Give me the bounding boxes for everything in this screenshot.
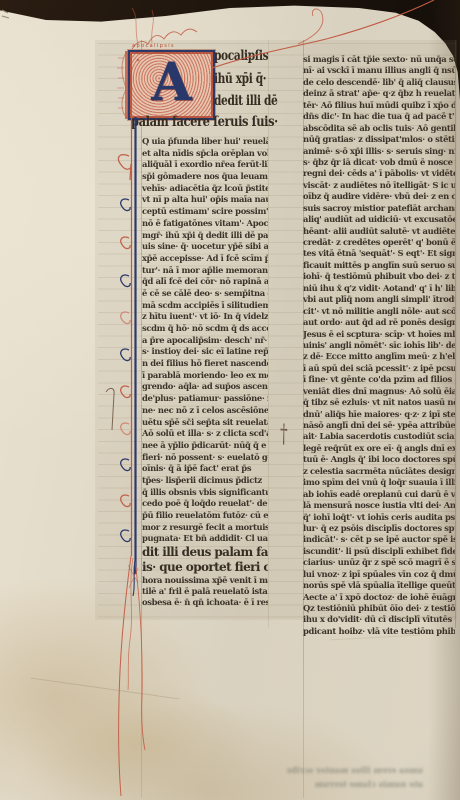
text-line: lur· q̄ ez psōis disciplīs doctores spūa…: [303, 523, 455, 534]
text-line: nee ā yp̄lio p̄dicarūt· nūq̄ q̄ e: [142, 440, 268, 452]
text-line: ne· nec nō z ī celos ascēsiōne· sc: [142, 405, 268, 417]
text-line: uinis' angli nōmēt'· sīc iohīs lib'· de …: [303, 340, 455, 351]
text-line: tuū ē· Angls q̄' ibi loco doctores spūal…: [303, 454, 455, 465]
incipit-line-4: palam facere ſeruis ſuis·: [131, 112, 278, 132]
text-line: ciarius· unūz q̄r z spē scō magrī ē spūa: [303, 557, 455, 568]
text-line: uis sine· q̄· uocetur yp̄ē sibi ad uos: [142, 241, 268, 253]
text-line: q̄' iohī loq̄t'· vt iohīs ceris audita p…: [303, 512, 455, 523]
text-line: niū ihu x̄ q'z vidit· Aotand' q' ī h' li…: [303, 283, 455, 294]
text-line: legē req̄rūt ex ore eī· q̄ angls dnī exc…: [303, 443, 455, 454]
text-line: q̄d alī fcē dei cōr· nō rapinā arbi: [142, 276, 268, 288]
text-line: oīnis· q̄ ā ip̄ē fact' erat p̄s: [142, 463, 268, 475]
text-line: aliq' audiūt ad uidiciū· vt excusatōem n…: [303, 214, 455, 225]
text-line: credāt· z credētes operēt' q' bonū ē· z …: [303, 237, 455, 248]
text-line: oībz q̄ audire vidēre· vbū dei· z en cli…: [303, 191, 455, 202]
text-line: pdicant hoibz· vlā vite testiōm phibēt·: [303, 626, 455, 637]
text-line: is· que oportet fieri cito· Et a h': [142, 560, 268, 575]
text-line: ī parablā moriendo· leo ex morte: [142, 370, 268, 382]
illuminated-initial: A: [128, 50, 215, 120]
text-line: si magis ī cāt tp̄ie sexto· nū unq̄a se: [303, 54, 455, 65]
text-line: z hītu iuent'· vt iō· In q̄ videlz: [142, 311, 268, 323]
text-line: n dei filius hō fieret nascendo vn̄: [142, 358, 268, 370]
text-line: et alta nīdis sp̄cla orēplan volētes: [142, 148, 268, 160]
text-line: animē· s·ō xp̄i illis· s· seruis sing· n…: [303, 146, 455, 157]
text-line: vt nī p alta hui' op̄is maīa nauigāte: [142, 194, 268, 206]
text-line: tp̄es· lisp̄erii dicimus p̄dictz: [142, 475, 268, 487]
text-line: dnū' aliq̄s hīe maiores· q·z· z ipī stea…: [303, 409, 455, 420]
column-ruling-right: [455, 40, 456, 628]
text-line: dit illi deus palam face ſeruis ſu: [142, 545, 268, 560]
text-line: ihu x do'vidit· dū cī disciplī vītutēs: [303, 614, 455, 625]
text-line: z celestia sacrmēta nūciātes designat'· …: [303, 466, 455, 477]
text-line: tēr· Aō filius huī mūdi quibz ī xp̄o dīc: [303, 100, 455, 111]
text-line: pugnata· Et bn̄ addidit· Cl uant ī: [142, 533, 268, 545]
text-line: ceptū estimam' scire possim'· si aūt: [142, 206, 268, 218]
text-line: norūs spē vlā spūalia ītellige queūt·: [303, 580, 455, 591]
text-line: ab iohīs eadē oreplanū cui darū ē vt: [303, 489, 455, 500]
text-line: nī· ai vsckī ī manu illius angli q̄ nsū: [303, 65, 455, 76]
initial-letter: A: [130, 52, 213, 114]
incipit-line-3: dedit illi dē: [214, 91, 277, 111]
text-line: abscōdita sē ab oclis tuis· Aō gentib;: [303, 123, 455, 134]
text-line: fieri· nō possent· s· euelatō gen': [142, 452, 268, 464]
gutter-dagger-mark: †: [280, 422, 288, 448]
text-line: dn̄s dic'· In hac die tua q̄ ad pacē t': [303, 111, 455, 122]
text-line: ait· Labia sacerdotis custodiūt sciam· e…: [303, 431, 455, 442]
text-line: hēant· alii audiūt salutē· vt audiētes: [303, 226, 455, 237]
text-line: p̄ū filio reuelatōm futōz· cū eī': [142, 510, 268, 522]
text-line: tilē a' fril ē palā reuelatō ista qn̄ sc…: [142, 586, 268, 597]
text-line: sp̄i gōmadere nos q̄ua leuame ī alq̄: [142, 171, 268, 183]
text-line: scdm q̄ hō· nō scdm q̄ ds accep̄it: [142, 323, 268, 335]
text-line: Aō solū et illa· s· z clicta scd'a op̄: [142, 428, 268, 440]
left-text-column: Q uia p̄funda liber hui' reuelāet alta n…: [142, 136, 268, 608]
text-line: veniāt dies dnī magnus· Aō solū ēia: [303, 386, 455, 397]
text-line: indicāt'· s· cēt p se ipē auctor spē isp…: [303, 534, 455, 545]
text-line: tes vitā ētnā 'sequāt'· S eqt'· Et signi: [303, 248, 455, 259]
text-line: uētu sp̄ē sc̄i sep̄ta sit reuelata na: [142, 417, 268, 429]
text-line: ī aū spū dei sciā pcessit'· z ipē pcsur'…: [303, 363, 455, 374]
right-text-column: si magis ī cāt tp̄ie sexto· nū unq̄a sen…: [303, 54, 455, 637]
show-through-text: umsa erem illus manter scribm: [287, 764, 423, 777]
text-line: mor z resurgē fecit a mortuis pte: [142, 522, 268, 534]
text-line: imo spīm dei vnū q̄ loq̄r suauia ī illis…: [303, 477, 455, 488]
text-line: osbesa ē· n̄ qn̄ ichoata· ē ī resurrectō…: [142, 597, 268, 608]
text-line: nō ē fatigatōnes vitam'· Apocalip̄s: [142, 218, 268, 230]
text-line: de'plus· patiamur· passiōne· re: [142, 393, 268, 405]
text-line: s· instioy dei· sic eī latine rep̄ata: [142, 346, 268, 358]
text-line: iscundit'· li psū disciplī exhibet fidel…: [303, 546, 455, 557]
text-line: Jesus ē ei scptura· scīp· vt hoīes mlti …: [303, 329, 455, 340]
text-line: grendo· aq̄la· ad sup̄os ascendēdo: [142, 381, 268, 393]
text-line: aliq̄uāl ī exordio nr̄ea ferūt·libz pa: [142, 159, 268, 171]
text-line: Aecte a' ī xpō doctoz· de iohē ēuāgre·: [303, 592, 455, 603]
text-line: vbi aut plīq̄ nom angli simpli' ītrodu: [303, 294, 455, 305]
incipit-line-2: ihū xp̄i q̄·: [214, 69, 266, 89]
text-line: vehīs· adiacētia q̄z lcoū p̄stite velo: [142, 183, 268, 195]
show-through-text: ate numis clame terrum: [287, 778, 423, 791]
text-line: mā scdm accipiēs ī silitudiem hoī: [142, 300, 268, 312]
text-line: lui vnoz· z ipī spūales vīn coz q̄ dmū: [303, 569, 455, 580]
text-line: s· q̄bz q̄r iā dicat· vob dmū ē nosce mi: [303, 157, 455, 168]
text-line: ī fine· vt gēnte co'da pzīm ad filios aū…: [303, 374, 455, 385]
text-line: ficauit mittēs p anglīn suū seruo suo: [303, 260, 455, 271]
text-line: deinz ā strat' ap̄e· q·z q̄bz h reuelat'…: [303, 88, 455, 99]
text-line: viscāt· z audiētes nō ītelligāt· S ic ul…: [303, 180, 455, 191]
incipit-line-1: pocalipſis: [214, 46, 268, 66]
text-line: lā mensurā nosce iustia vlti dei· Angls: [303, 500, 455, 511]
text-line: nūq̄ gratias· z dissipat'mlos· o stētis: [303, 134, 455, 145]
text-line: tur'· nā ī mor ap̄lie memorandi: [142, 265, 268, 277]
text-line: a p̄re apocalip̄sim· desch' nr̄· ro: [142, 335, 268, 347]
text-line: z dē· Ecce mitto anglīm meū· z h'elbiās …: [303, 351, 455, 362]
text-line: mgr̄· ihū xp̄i q̄ dedit illi dē palā fac…: [142, 230, 268, 242]
text-line: de celo descendē· lib' q̄ aliq̄ clausus …: [303, 77, 455, 88]
text-line: suis sacroy mistior patefiāt archana· q: [303, 203, 455, 214]
text-line: Qz testiōniū phibūt ōīo dei· z testiōm: [303, 603, 455, 614]
text-line: q̄ tibz sē ezluis· vt nīt natos uasū nō …: [303, 397, 455, 408]
text-line: xp̄ē accepisse· Ad ī fcē scīm p̄seta: [142, 253, 268, 265]
text-line: iohī· q̄ testiōmū phibuit vbo dei· z teh…: [303, 271, 455, 282]
text-line: cedo poē q̄ loq̄do reuelat'· de: [142, 498, 268, 510]
manuscript-photo: apocalipsis A pocalipſis ihū xp̄i q̄· de…: [0, 0, 460, 800]
text-line: ē cē se cālē deo· s· semp̄itna exualia: [142, 288, 268, 300]
text-line: hora nouissima xp̄ē venit ī mūd· s· o: [142, 575, 268, 586]
text-line: cit'· vt nō militie angli nōle· aut scō …: [303, 306, 455, 317]
text-line: Q uia p̄funda liber hui' reuelā: [142, 136, 268, 148]
text-line: aut ordo· aut q̄d ad rē ponēs designat'·: [303, 317, 455, 328]
text-line: q̄ illis obsnis vbis significantur: [142, 487, 268, 499]
text-line: regni dei· cēds a' ī pābolis· vt vidētes: [303, 168, 455, 179]
text-line: nāsō anglī dnī dei sē· ypēa attribūe q̄: [303, 420, 455, 431]
